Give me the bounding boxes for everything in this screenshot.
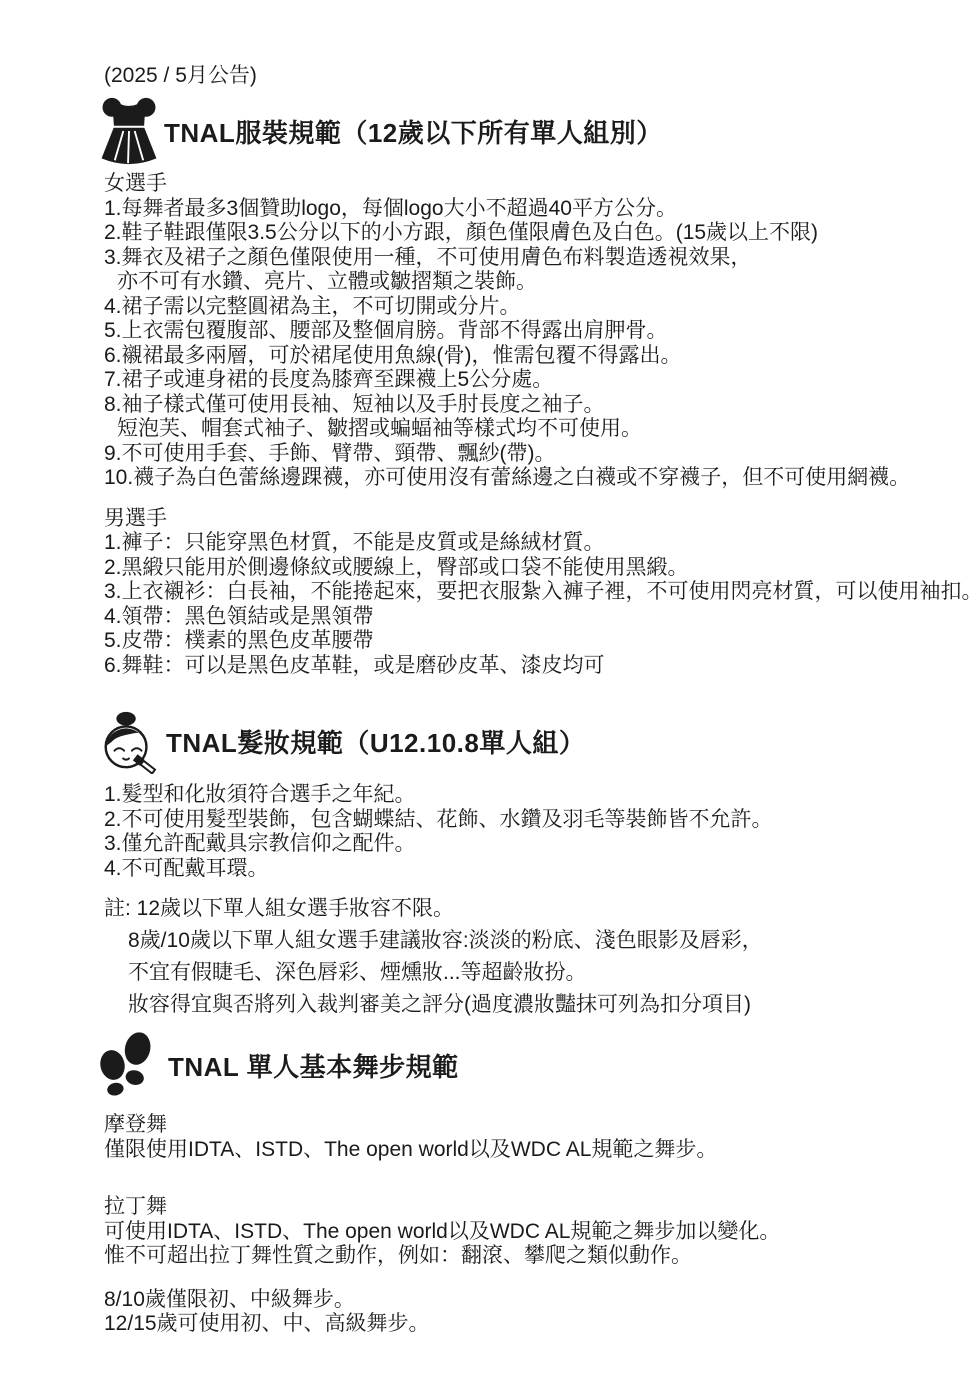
male-rule-5: 5.皮帶：樸素的黑色皮革腰帶 [104, 629, 955, 654]
female-rule-2: 2.鞋子鞋跟僅限3.5公分以下的小方跟，顏色僅限膚色及白色。(15歲以上不限) [104, 221, 955, 246]
latin-dance-rule-2: 惟不可超出拉丁舞性質之動作，例如：翻滾、攀爬之類似動作。 [104, 1244, 955, 1269]
dress-section-heading: TNAL服裝規範（12歲以下所有單人組別） [104, 96, 955, 166]
female-rule-5: 5.上衣需包覆腹部、腰部及整個肩膀。背部不得露出肩胛骨。 [104, 319, 955, 344]
female-rule-8: 8.袖子樣式僅可使用長袖、短袖以及手肘長度之袖子。 [104, 393, 955, 418]
modern-dance-rule: 僅限使用IDTA、ISTD、The open world以及WDC AL規範之舞… [104, 1138, 955, 1163]
female-rule-3-continuation: 亦不可有水鑽、亮片、立體或皺摺類之裝飾。 [104, 270, 955, 295]
male-rule-2: 2.黑緞只能用於側邊條紋或腰線上，臀部或口袋不能使用黑緞。 [104, 556, 955, 581]
note-line-4: 妝容得宜與否將列入裁判審美之評分(過度濃妝豔抹可列為扣分項目) [104, 989, 955, 1021]
female-rule-10: 10.襪子為白色蕾絲邊踝襪，亦可使用沒有蕾絲邊之白襪或不穿襪子，但不可使用網襪。 [104, 466, 955, 491]
announcement-date: (2025 / 5月公告) [104, 64, 955, 88]
female-rule-6: 6.襯裙最多兩層，可於裙尾使用魚線(骨)，惟需包覆不得露出。 [104, 344, 955, 369]
dress-section-title: TNAL服裝規範（12歲以下所有單人組別） [164, 113, 663, 150]
male-rule-6: 6.舞鞋：可以是黑色皮革鞋，或是磨砂皮革、漆皮均可 [104, 654, 955, 679]
makeup-rule-3: 3.僅允許配戴具宗教信仰之配件。 [104, 832, 955, 857]
age-level-block: 8/10歲僅限初、中級舞步。 12/15歲可使用初、中、高級舞步。 [104, 1288, 955, 1337]
note-line-2: 8歲/10歲以下單人組女選手建議妝容:淡淡的粉底、淺色眼影及唇彩， [104, 925, 955, 957]
female-rule-1: 1.每舞者最多3個贊助logo，每個logo大小不超過40平方公分。 [104, 197, 955, 222]
footprints-icon [98, 1029, 156, 1101]
note-line-1: 註: 12歲以下單人組女選手妝容不限。 [104, 893, 955, 925]
female-heading: 女選手 [104, 172, 955, 197]
makeup-section-heading: TNAL髮妝規範（U12.10.8單人組） [104, 708, 955, 774]
makeup-section-title: TNAL髮妝規範（U12.10.8單人組） [166, 723, 585, 760]
steps-section-heading: TNAL 單人基本舞步規範 [104, 1029, 955, 1101]
male-heading: 男選手 [104, 507, 955, 532]
female-rule-7: 7.裙子或連身裙的長度為膝齊至踝襪上5公分處。 [104, 368, 955, 393]
age-level-rule-2: 12/15歲可使用初、中、高級舞步。 [104, 1312, 955, 1337]
female-rules-list: 1.每舞者最多3個贊助logo，每個logo大小不超過40平方公分。 2.鞋子鞋… [104, 197, 955, 491]
makeup-face-icon [96, 708, 160, 774]
makeup-rule-1: 1.髮型和化妝須符合選手之年紀。 [104, 783, 955, 808]
latin-dance-rule-1: 可使用IDTA、ISTD、The open world以及WDC AL規範之舞步… [104, 1220, 955, 1245]
male-rules-block: 男選手 1.褲子：只能穿黑色材質，不能是皮質或是絲絨材質。 2.黑緞只能用於側邊… [104, 507, 955, 679]
dress-icon [98, 96, 160, 166]
modern-dance-block: 摩登舞 僅限使用IDTA、ISTD、The open world以及WDC AL… [104, 1113, 955, 1162]
male-rule-3: 3.上衣襯衫：白長袖，不能捲起來，要把衣服紮入褲子裡，不可使用閃亮材質，可以使用… [104, 580, 955, 605]
female-rule-9: 9.不可使用手套、手飾、臂帶、頸帶、飄紗(帶)。 [104, 442, 955, 467]
female-rule-4: 4.裙子需以完整圓裙為主，不可切開或分片。 [104, 295, 955, 320]
latin-dance-block: 拉丁舞 可使用IDTA、ISTD、The open world以及WDC AL規… [104, 1195, 955, 1269]
document-page: (2025 / 5月公告) TNAL服裝規範（12歲以下所有 [0, 0, 979, 1377]
makeup-rule-4: 4.不可配戴耳環。 [104, 857, 955, 882]
latin-dance-heading: 拉丁舞 [104, 1195, 955, 1220]
note-line-3: 不宜有假睫毛、深色唇彩、煙燻妝...等超齡妝扮。 [104, 957, 955, 989]
male-rule-4: 4.領帶：黑色領結或是黑領帶 [104, 605, 955, 630]
age-level-rule-1: 8/10歲僅限初、中級舞步。 [104, 1288, 955, 1313]
makeup-rules-list: 1.髮型和化妝須符合選手之年紀。 2.不可使用髮型裝飾，包含蝴蝶結、花飾、水鑽及… [104, 783, 955, 881]
male-rule-1: 1.褲子：只能穿黑色材質，不能是皮質或是絲絨材質。 [104, 531, 955, 556]
makeup-note-block: 註: 12歲以下單人組女選手妝容不限。 8歲/10歲以下單人組女選手建議妝容:淡… [104, 893, 955, 1021]
female-rule-8-continuation: 短泡芙、帽套式袖子、皺摺或蝙蝠袖等樣式均不可使用。 [104, 417, 955, 442]
modern-dance-heading: 摩登舞 [104, 1113, 955, 1138]
female-rule-3: 3.舞衣及裙子之顏色僅限使用一種，不可使用膚色布料製造透視效果， [104, 246, 955, 271]
makeup-rule-2: 2.不可使用髮型裝飾，包含蝴蝶結、花飾、水鑽及羽毛等裝飾皆不允許。 [104, 808, 955, 833]
steps-section-title: TNAL 單人基本舞步規範 [168, 1047, 459, 1084]
